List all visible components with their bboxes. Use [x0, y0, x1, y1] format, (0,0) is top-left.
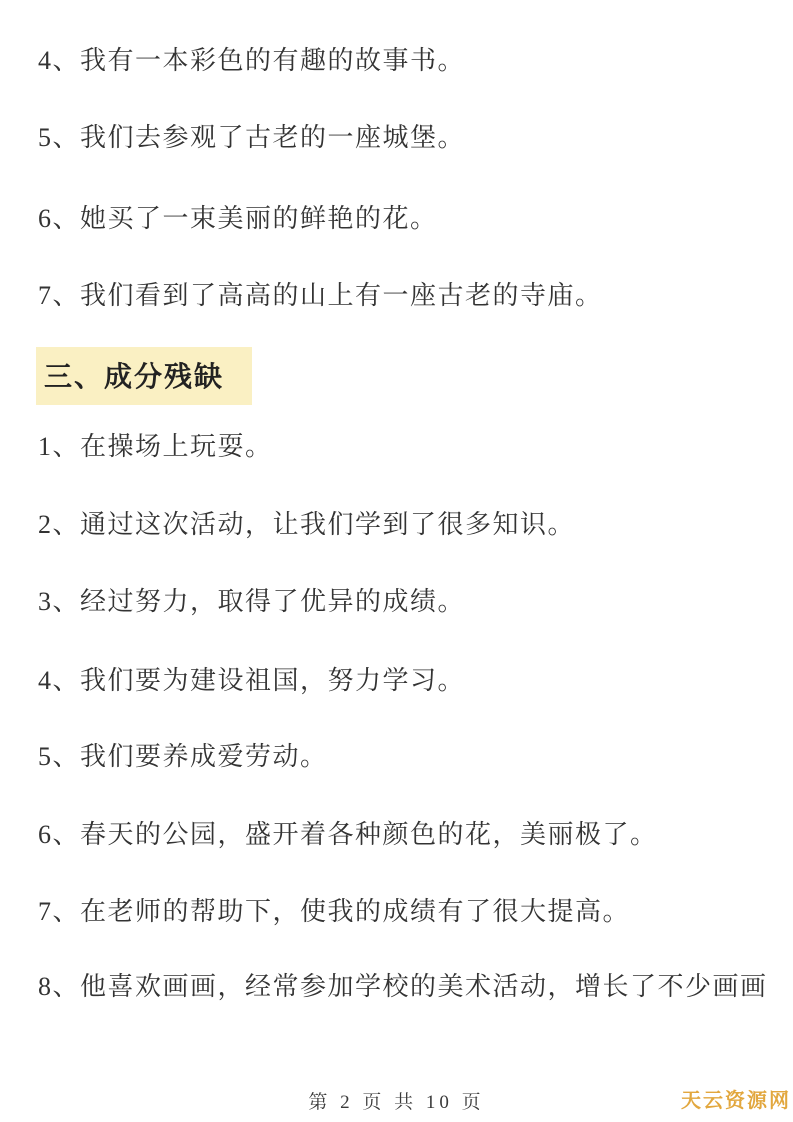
document-page: 4、我有一本彩色的有趣的故事书。 5、我们去参观了古老的一座城堡。 6、她买了一…	[0, 0, 793, 1122]
site-watermark: 天云资源网	[681, 1084, 791, 1113]
section3-item-6: 6、春天的公园，盛开着各种颜色的花，美丽极了。	[38, 818, 773, 852]
section3-item-8: 8、他喜欢画画，经常参加学校的美术活动，增长了不少画画	[38, 970, 773, 1004]
worksheet-page-body: { "page": { "background": "#ffffff", "te…	[0, 0, 793, 1122]
section3-item-7: 7、在老师的帮助下，使我的成绩有了很大提高。	[38, 895, 773, 929]
section3-item-5: 5、我们要养成爱劳动。	[38, 740, 773, 774]
sentence-item-4: 4、我有一本彩色的有趣的故事书。	[38, 44, 773, 78]
sentence-item-6: 6、她买了一束美丽的鲜艳的花。	[38, 202, 773, 236]
section3-item-1: 1、在操场上玩耍。	[38, 430, 773, 464]
section-header-highlighted: 三、成分残缺	[36, 347, 252, 405]
sentence-item-7: 7、我们看到了高高的山上有一座古老的寺庙。	[38, 279, 773, 313]
page-number-indicator: 第 2 页 共 10 页	[0, 1087, 793, 1114]
section3-item-3: 3、经过努力，取得了优异的成绩。	[38, 585, 773, 619]
section3-item-4: 4、我们要为建设祖国，努力学习。	[38, 664, 773, 698]
sentence-item-5: 5、我们去参观了古老的一座城堡。	[38, 121, 773, 155]
section3-item-2: 2、通过这次活动，让我们学到了很多知识。	[38, 508, 773, 542]
